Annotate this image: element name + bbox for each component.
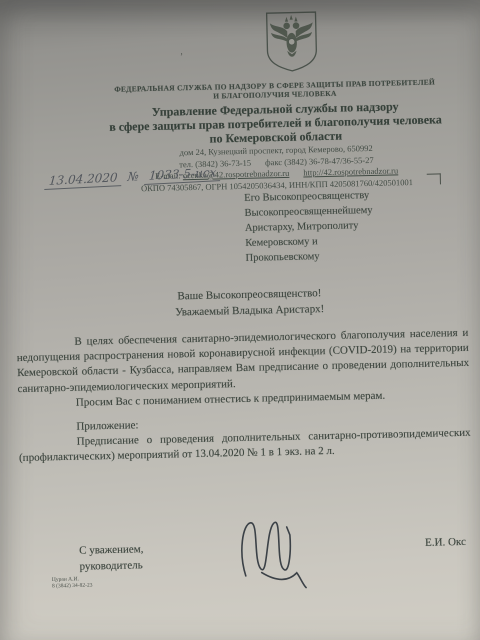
salutation: Ваше Высокопреосвященство! Уважаемый Вла… bbox=[19, 282, 480, 324]
executor-footer: Цуран А.И. 8 (3842) 34-82-23 bbox=[52, 576, 93, 590]
closing-block: С уважением, руководитель bbox=[79, 541, 144, 574]
coat-of-arms-icon bbox=[261, 10, 322, 73]
executor-phone: 8 (3842) 34-82-23 bbox=[52, 583, 93, 590]
number-sign: № bbox=[127, 169, 139, 184]
recipient-line: Прокопьевскому bbox=[245, 246, 440, 265]
signer-name: Е.И. Окс bbox=[425, 536, 466, 549]
document-photo: ʼ ФЕДЕРАЛЬНАЯ СЛУЖБА ПО НАДЗОРУ В СФЕРЕ … bbox=[0, 0, 480, 640]
recipient-block: Его Высокопреосвященству Высокопреосвяще… bbox=[244, 186, 441, 265]
signature-stroke bbox=[232, 514, 326, 590]
org-website: http://42.rospotrebnadzor.ru bbox=[303, 165, 398, 177]
letter-body: В целях обеспечения санитарно-эпидемиоло… bbox=[16, 326, 471, 467]
closing-line1: С уважением, bbox=[79, 541, 144, 558]
letter-page: ʼ ФЕДЕРАЛЬНАЯ СЛУЖБА ПО НАДЗОРУ В СФЕРЕ … bbox=[0, 0, 480, 640]
stray-pen-mark: ʼ bbox=[180, 51, 183, 61]
closing-line2: руководитель bbox=[79, 557, 144, 574]
address-corner-mark bbox=[427, 173, 441, 184]
body-paragraph-1: В целях обеспечения санитарно-эпидемиоло… bbox=[16, 326, 469, 397]
